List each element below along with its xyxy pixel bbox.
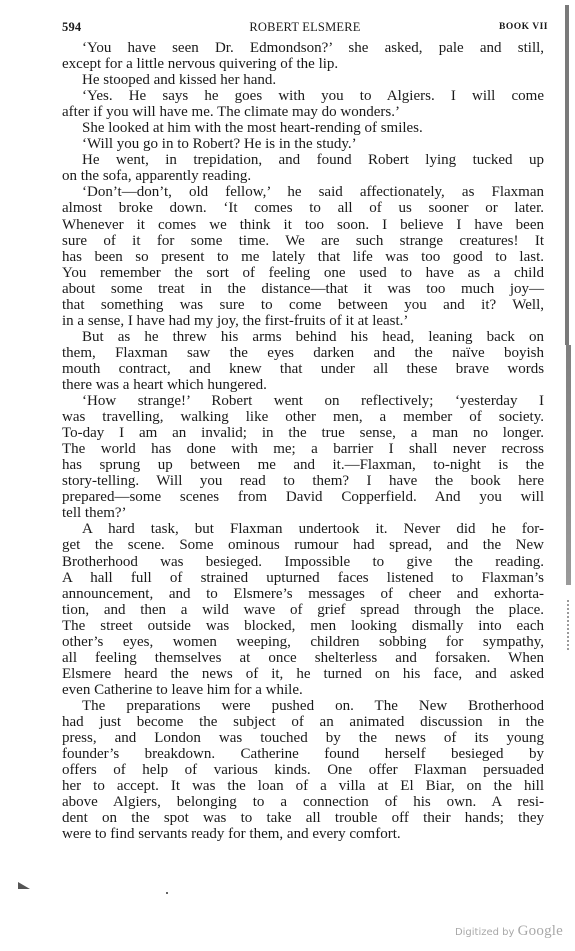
page-edge-rule — [565, 5, 569, 345]
text-line: sure of it for some time. We are such st… — [62, 233, 544, 249]
text-line: You remember the sort of feeling one use… — [62, 265, 544, 281]
book-title: ROBERT ELSMERE — [62, 20, 548, 35]
text-line: has been so present to me lately that li… — [62, 249, 544, 265]
text-line: after if you will have me. The climate m… — [62, 104, 544, 120]
text-line: press, and London was touched by the new… — [62, 730, 544, 746]
watermark-brand: Google — [518, 923, 563, 939]
text-line: all feeling themselves at once shelterle… — [62, 650, 544, 666]
text-line: To-day I am an invalid; in the true sens… — [62, 425, 544, 441]
text-line: has sprung up between me and it.—Flaxman… — [62, 457, 544, 473]
page-edge-speckle — [567, 600, 571, 650]
book-section: BOOK VII — [499, 20, 548, 32]
text-line: other’s eyes, women weeping, children so… — [62, 634, 544, 650]
text-line: even Catherine to leave him for a while. — [62, 682, 544, 698]
text-line: tell them?’ — [62, 505, 544, 521]
text-line: that something was sure to come between … — [62, 297, 544, 313]
text-line: were to find servants ready for them, an… — [62, 826, 544, 842]
text-line: there was a heart which hungered. — [62, 377, 544, 393]
text-line: ‘Yes. He says he goes with you to Algier… — [62, 88, 544, 104]
text-line: The street outside was blocked, men look… — [62, 618, 544, 634]
scan-corner-mark-icon — [18, 882, 30, 889]
page-edge-rule-lower — [566, 345, 571, 585]
watermark-prefix: Digitized by — [455, 927, 515, 938]
text-line: was travelling, walking like other men, … — [62, 409, 544, 425]
text-line: dent on the spot was to take all trouble… — [62, 810, 544, 826]
text-line: about some treat in the distance—that it… — [62, 281, 544, 297]
text-line: He went, in trepidation, and found Rober… — [62, 152, 544, 168]
text-line: He stooped and kissed her hand. — [62, 72, 544, 88]
text-line: except for a little nervous quivering of… — [62, 56, 544, 72]
text-line: get the scene. Some ominous rumour had s… — [62, 537, 544, 553]
text-line: in a sense, I have had my joy, the first… — [62, 313, 544, 329]
book-page: 594 ROBERT ELSMERE BOOK VII ‘You have se… — [0, 0, 575, 951]
text-line: tion, and then a wild wave of grief spre… — [62, 602, 544, 618]
running-head: 594 ROBERT ELSMERE BOOK VII — [62, 20, 548, 36]
text-line: above Algiers, belonging to a connection… — [62, 794, 544, 810]
text-line: story-telling. Will you read to them? I … — [62, 473, 544, 489]
text-line: ‘You have seen Dr. Edmondson?’ she asked… — [62, 40, 544, 56]
text-line: mouth contract, and knew that under all … — [62, 361, 544, 377]
text-line: offers of help of various kinds. One off… — [62, 762, 544, 778]
text-line: A hall full of strained upturned faces l… — [62, 570, 544, 586]
text-line: founder’s breakdown. Catherine found her… — [62, 746, 544, 762]
text-line: on the sofa, apparently reading. — [62, 168, 544, 184]
digitized-watermark: Digitized by Google — [455, 923, 563, 940]
text-line: her to accept. It was the loan of a vill… — [62, 778, 544, 794]
text-line: Brotherhood was besieged. Impossible to … — [62, 554, 544, 570]
text-line: them, Flaxman saw the eyes darken and th… — [62, 345, 544, 361]
body-text: ‘You have seen Dr. Edmondson?’ she asked… — [62, 40, 544, 842]
text-line: prepared—some scenes from David Copperfi… — [62, 489, 544, 505]
text-line: She looked at him with the most heart-re… — [62, 120, 544, 136]
text-line: ‘How strange!’ Robert went on reflective… — [62, 393, 544, 409]
text-line: ‘Will you go in to Robert? He is in the … — [62, 136, 544, 152]
text-line: A hard task, but Flaxman undertook it. N… — [62, 521, 544, 537]
text-line: Elsmere heard the news of it, he turned … — [62, 666, 544, 682]
text-line: almost broke down. ‘It comes to all of u… — [62, 200, 544, 216]
scan-dot-mark — [166, 892, 168, 894]
text-line: But as he threw his arms behind his head… — [62, 329, 544, 345]
text-line: had just become the subject of an animat… — [62, 714, 544, 730]
text-line: Whenever it comes we think it too soon. … — [62, 217, 544, 233]
text-line: announcement, and to Elsmere’s messages … — [62, 586, 544, 602]
text-line: ‘Don’t—don’t, old fellow,’ he said affec… — [62, 184, 544, 200]
text-line: The preparations were pushed on. The New… — [62, 698, 544, 714]
text-line: The world has done with me; a barrier I … — [62, 441, 544, 457]
